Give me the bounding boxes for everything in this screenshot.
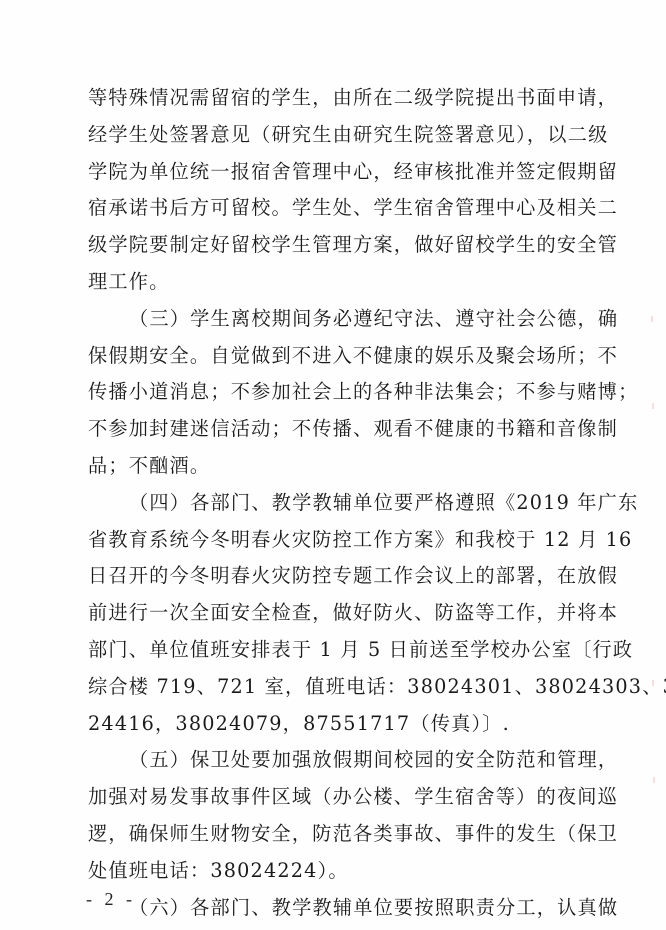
text-line: 保假期安全。自觉做到不进入不健康的娱乐及聚会场所；不 — [88, 338, 574, 375]
text-line: 级学院要制定好留校学生管理方案，做好留校学生的安全管 — [88, 227, 574, 264]
text-line: 加强对易发事故事件区域（办公楼、学生宿舍等）的夜间巡 — [88, 779, 574, 816]
text-line: 传播小道消息；不参加社会上的各种非法集会；不参与赌博； — [88, 374, 574, 411]
text-line: 不参加封建迷信活动；不传播、观看不健康的书籍和音像制 — [88, 411, 574, 448]
text-line: 逻，确保师生财物安全，防范各类事故、事件的发生（保卫 — [88, 816, 574, 853]
text-line: 处值班电话：38024224）。 — [88, 853, 574, 890]
scan-artifact — [653, 777, 655, 783]
text-line: 经学生处签署意见（研究生由研究生院签署意见），以二级 — [88, 117, 574, 154]
page-number: - 2 - — [86, 889, 136, 910]
paragraph-4-start: （四）各部门、教学教辅单位要严格遵照《2019 年广东 — [88, 485, 574, 522]
scan-artifact — [652, 680, 654, 686]
text-line: 学院为单位统一报宿舍管理中心，经审核批准并签定假期留 — [88, 154, 574, 191]
paragraph-3-start: （三）学生离校期间务必遵纪守法、遵守社会公德，确 — [88, 301, 574, 338]
text-line: 前进行一次全面安全检查，做好防火、防盗等工作，并将本 — [88, 595, 574, 632]
document-page: 等特殊情况需留宿的学生，由所在二级学院提出书面申请， 经学生处签署意见（研究生由… — [0, 0, 666, 930]
document-body: 等特殊情况需留宿的学生，由所在二级学院提出书面申请， 经学生处签署意见（研究生由… — [88, 80, 574, 926]
scan-artifact — [651, 316, 653, 322]
text-line: 省教育系统今冬明春火灾防控工作方案》和我校于 12 月 16 — [88, 522, 574, 559]
scan-artifact — [652, 403, 654, 409]
text-line: 品；不酗酒。 — [88, 448, 574, 485]
text-line: 24416，38024079，87551717（传真）〕. — [88, 706, 574, 743]
text-line: 宿承诺书后方可留校。学生处、学生宿舍管理中心及相关二 — [88, 190, 574, 227]
text-line: 等特殊情况需留宿的学生，由所在二级学院提出书面申请， — [88, 80, 574, 117]
text-line: 日召开的今冬明春火灾防控专题工作会议上的部署，在放假 — [88, 558, 574, 595]
paragraph-5-start: （五）保卫处要加强放假期间校园的安全防范和管理， — [88, 742, 574, 779]
text-line: 综合楼 719、721 室，值班电话：38024301、38024303、380 — [88, 669, 574, 706]
text-line: 部门、单位值班安排表于 1 月 5 日前送至学校办公室〔行政 — [88, 632, 574, 669]
paragraph-6-start: （六）各部门、教学教辅单位要按照职责分工，认真做 — [88, 890, 574, 927]
text-line: 理工作。 — [88, 264, 574, 301]
